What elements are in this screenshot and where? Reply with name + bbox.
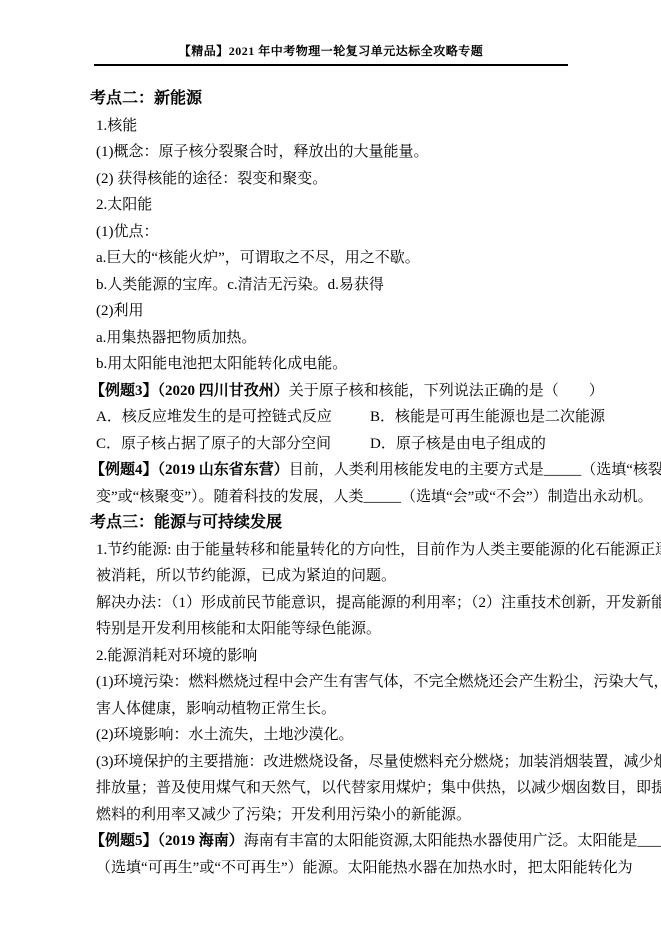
example-3-question: 关于原子核和核能，下列说法正确的是（ ） — [289, 383, 604, 399]
example-5-line: 【例题5】（2019 海南）海南有丰富的太阳能资源,太阳能热水器使用广泛。太阳能… — [90, 828, 570, 855]
example-3-label: 【例题3】（2020 四川甘孜州） — [90, 383, 289, 399]
body-line: (1)优点： — [96, 219, 570, 246]
body-line: (1)环境污染：燃料燃烧过程中会产生有害气体，不完全燃烧还会产生粉尘，污染大气，… — [96, 669, 570, 696]
body-line: 害人体健康，影响动植物正常生长。 — [96, 696, 570, 723]
document-page: 【精品】2021 年中考物理一轮复习单元达标全攻略专题 考点二：新能源 1.核能… — [0, 0, 661, 935]
body-line: b.人类能源的宝库。c.清洁无污染。d.易获得 — [96, 272, 570, 299]
options-row-ab: A．核反应堆发生的是可控链式反应B．核能是可再生能源也是二次能源 — [96, 404, 570, 431]
body-line: 变”或“核聚变”）。随着科技的发展，人类_____（选填“会”或“不会”）制造出… — [96, 484, 570, 511]
example-4-line: 【例题4】（2019 山东省东营）目前，人类利用核能发电的主要方式是_____（… — [90, 457, 570, 484]
document-body: 考点二：新能源 1.核能 (1)概念：原子核分裂聚合时，释放出的大量能量。 (2… — [96, 86, 570, 881]
body-line: (2)利用 — [96, 298, 570, 325]
body-line: 被消耗，所以节约能源，已成为紧迫的问题。 — [96, 563, 570, 590]
body-line: 燃料的利用率又减少了污染；开发利用污染小的新能源。 — [96, 802, 570, 829]
options-row-cd: C．原子核占据了原子的大部分空间D．原子核是由电子组成的 — [96, 431, 570, 458]
option-c: C．原子核占据了原子的大部分空间 — [96, 431, 370, 458]
section-heading-3: 考点三：能源与可持续发展 — [90, 510, 570, 537]
example-4-question: 目前，人类利用核能发电的主要方式是_____（选填“核裂 — [289, 462, 661, 478]
example-3-line: 【例题3】（2020 四川甘孜州）关于原子核和核能，下列说法正确的是（ ） — [90, 378, 570, 405]
body-line: a.巨大的“核能火炉”，可谓取之不尽，用之不歇。 — [96, 245, 570, 272]
example-4-label: 【例题4】（2019 山东省东营） — [90, 462, 289, 478]
body-line: 2.能源消耗对环境的影响 — [96, 643, 570, 670]
example-5-label: 【例题5】（2019 海南） — [90, 833, 244, 849]
option-b: B．核能是可再生能源也是二次能源 — [370, 409, 605, 425]
body-line: 特别是开发利用核能和太阳能等绿色能源。 — [96, 616, 570, 643]
body-line: (2) 获得核能的途径：裂变和聚变。 — [96, 166, 570, 193]
body-line: 2.太阳能 — [96, 192, 570, 219]
body-line: （选填“可再生”或“不可再生”）能源。太阳能热水器在加热水时，把太阳能转化为 — [96, 855, 570, 882]
option-a: A．核反应堆发生的是可控链式反应 — [96, 404, 370, 431]
body-line: (3)环境保护的主要措施：改进燃烧设备，尽量使燃料充分燃烧；加装消烟装置，减少烟… — [96, 749, 570, 776]
section-heading-2: 考点二：新能源 — [90, 86, 570, 113]
body-line: 1.核能 — [96, 113, 570, 140]
body-line: 排放量；普及使用煤气和天然气，以代替家用煤炉；集中供热，以减少烟囱数目，即提高了 — [96, 775, 570, 802]
body-line: (2)环境影响：水土流失，土地沙漠化。 — [96, 722, 570, 749]
body-line: 1.节约能源: 由于能量转移和能量转化的方向性，目前作为人类主要能源的化石能源正… — [96, 537, 570, 564]
body-line: b.用太阳能电池把太阳能转化成电能。 — [96, 351, 570, 378]
option-d: D．原子核是由电子组成的 — [370, 436, 546, 452]
body-line: 解决办法：（1）形成前民节能意识，提高能源的利用率；（2）注重技术创新，开发新能… — [96, 590, 570, 617]
body-line: (1)概念：原子核分裂聚合时，释放出的大量能量。 — [96, 139, 570, 166]
example-5-question: 海南有丰富的太阳能资源,太阳能热水器使用广泛。太阳能是_______ — [244, 833, 661, 849]
body-line: a.用集热器把物质加热。 — [96, 325, 570, 352]
page-header: 【精品】2021 年中考物理一轮复习单元达标全攻略专题 — [94, 42, 568, 66]
